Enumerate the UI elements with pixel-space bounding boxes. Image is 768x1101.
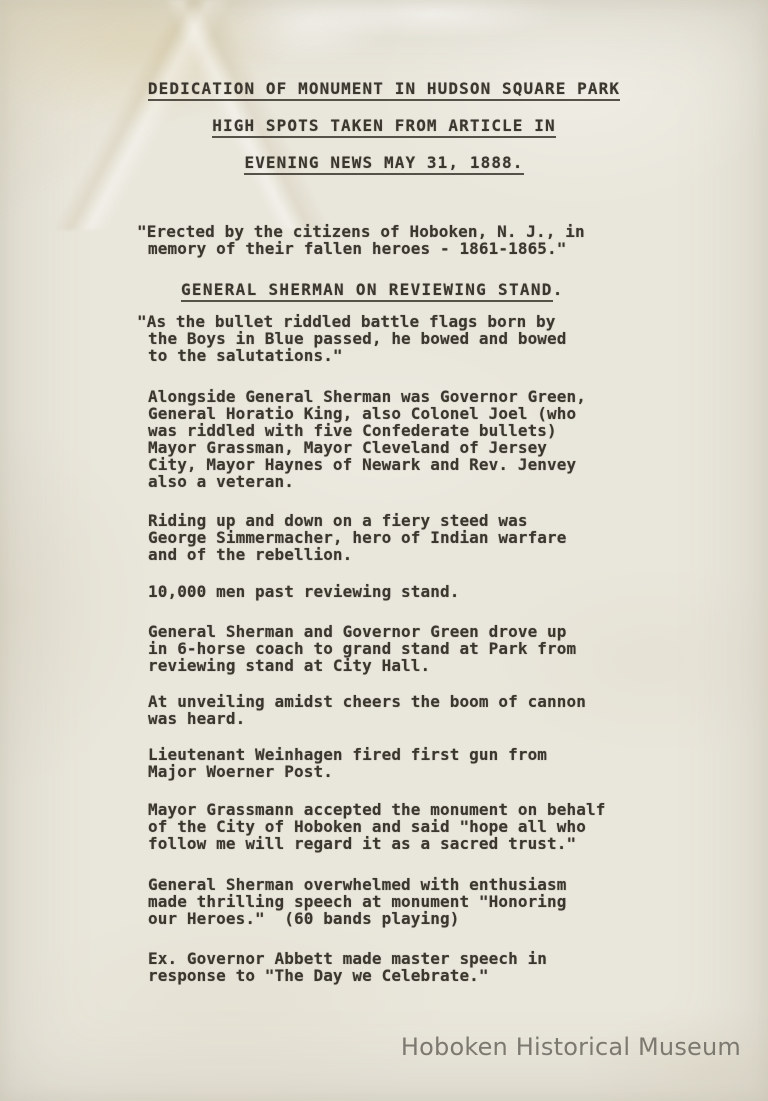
title-line-3-text: EVENING NEWS MAY 31, 1888. bbox=[244, 153, 523, 175]
paragraph-alongside-sherman: Alongside General Sherman was Governor G… bbox=[148, 388, 668, 490]
document-content: DEDICATION OF MONUMENT IN HUDSON SQUARE … bbox=[0, 80, 768, 984]
scanned-document-page: DEDICATION OF MONUMENT IN HUDSON SQUARE … bbox=[0, 0, 768, 1101]
paragraph-weinhagen-first-gun: Lieutenant Weinhagen fired first gun fro… bbox=[148, 746, 668, 780]
paragraph-unveiling-cannon: At unveiling amidst cheers the boom of c… bbox=[148, 693, 668, 727]
title-line-1: DEDICATION OF MONUMENT IN HUDSON SQUARE … bbox=[0, 80, 768, 97]
paragraph-grassmann-accepted: Mayor Grassmann accepted the monument on… bbox=[148, 801, 668, 852]
document-title-block: DEDICATION OF MONUMENT IN HUDSON SQUARE … bbox=[0, 80, 768, 171]
paragraph-sherman-speech: General Sherman overwhelmed with enthusi… bbox=[148, 876, 668, 927]
section-heading-general-sherman: GENERAL SHERMAN ON REVIEWING STAND. bbox=[181, 281, 768, 298]
title-line-1-text: DEDICATION OF MONUMENT IN HUDSON SQUARE … bbox=[148, 79, 620, 101]
paragraph-erected-quote: "Erected by the citizens of Hoboken, N. … bbox=[148, 223, 668, 257]
paragraph-drove-up-coach: General Sherman and Governor Green drove… bbox=[148, 623, 668, 674]
title-line-3: EVENING NEWS MAY 31, 1888. bbox=[0, 154, 768, 171]
title-line-2-text: HIGH SPOTS TAKEN FROM ARTICLE IN bbox=[212, 116, 555, 138]
title-line-2: HIGH SPOTS TAKEN FROM ARTICLE IN bbox=[0, 117, 768, 134]
paragraph-battle-flags-quote: "As the bullet riddled battle flags born… bbox=[148, 313, 668, 364]
section-heading-period: . bbox=[553, 280, 564, 299]
paragraph-abbett-speech: Ex. Governor Abbett made master speech i… bbox=[148, 950, 668, 984]
section-heading-text: GENERAL SHERMAN ON REVIEWING STAND bbox=[181, 280, 553, 302]
paper-fold-highlight bbox=[250, 0, 610, 70]
paragraph-ten-thousand-men: 10,000 men past reviewing stand. bbox=[148, 583, 668, 600]
watermark-hoboken-historical-museum: Hoboken Historical Museum bbox=[401, 1033, 741, 1061]
paragraph-riding-steed: Riding up and down on a fiery steed was … bbox=[148, 512, 668, 563]
